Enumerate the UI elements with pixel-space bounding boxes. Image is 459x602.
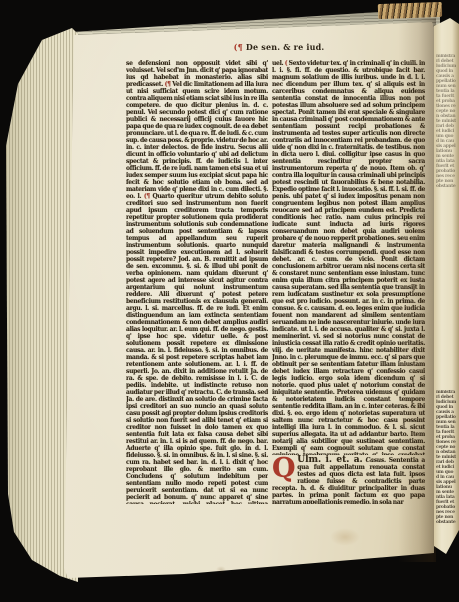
text-column-left: se defensioni non opposuit videt sibi q'… (126, 60, 268, 504)
facing-page-text-edge: ministrari debet iudicium quod in causis… (436, 54, 456, 204)
body-text-segment: Vel dic limitationem ad illa iura ut nis… (126, 81, 268, 200)
running-title-text: De sen. & re iud. (246, 42, 325, 52)
body-text-segment: Sexto videtur tex. q' in criminali q' in… (272, 60, 425, 455)
text-column-right: uel. ( Sexto videtur tex. q' in criminal… (272, 60, 425, 504)
book-photograph: (¶ De sen. & re iud. se defensioni non o… (0, 0, 459, 602)
chapter-start: Q Ulm. i. et. a. Casus. Sententia a qua … (272, 457, 425, 504)
text-column-right-top-block: uel. ( Sexto videtur tex. q' in criminal… (272, 60, 425, 455)
binding-headband (378, 2, 442, 19)
rubric-paragraph-mark: (¶ (234, 42, 243, 52)
facing-page-text-edge: ministrari debet iudicium quod in causis… (436, 390, 456, 524)
main-page: (¶ De sen. & re iud. se defensioni non o… (64, 22, 436, 580)
body-text-segment: Quarto queritur utrum debito soluto cred… (126, 193, 268, 504)
running-title: (¶ De sen. & re iud. (204, 42, 354, 52)
casus-label: Casus. (366, 457, 386, 464)
body-text-segment: uel. (272, 60, 285, 67)
facing-page-sliver: ministrari debet iudicium quod in causis… (434, 18, 459, 554)
lombardic-initial-q: Q (272, 457, 297, 481)
